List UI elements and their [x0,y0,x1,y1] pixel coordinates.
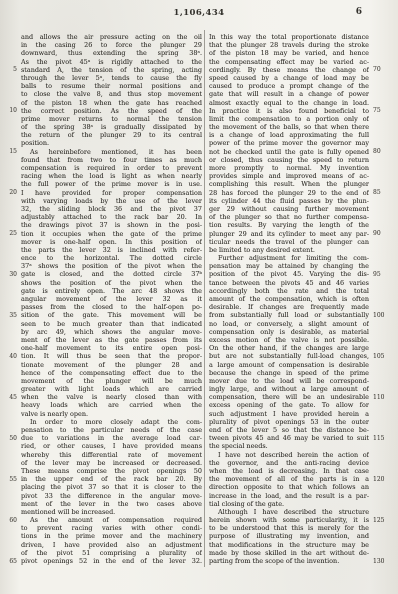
line-number: 125 [373,517,391,525]
text-line: and allows the air pressure acting on th… [21,33,202,41]
line-number: 25 [3,230,17,238]
line-number: 80 [373,148,391,156]
text-line: of the pivot 51 comprising a plurality o… [21,549,202,557]
text-line: In practice it is also found beneficial … [209,107,369,115]
text-line: limit the compensation to a portion only… [209,115,369,123]
text-line: I have not described herein the action o… [209,451,369,459]
text-line: shows the position of the pivot when the [21,279,202,287]
text-line: gate is closed, and the dotted circle 37… [21,270,202,278]
text-line: valve is nearly open. [21,410,202,418]
text-line: end of the lever 5 so that the distance … [209,426,369,434]
text-line: the drawings pivot 37 is shown in the po… [21,221,202,229]
text-line: of the lever may be increased or decreas… [21,459,202,467]
line-number: 110 [373,394,391,402]
text-line: direction opposite to that which follows… [209,483,369,491]
text-line: tance between the pivots 45 and 46 varie… [209,279,369,287]
text-line: gate that will result in a change of pow… [209,90,369,98]
line-number: 50 [3,435,17,443]
text-line: of the piston 18 when the gate has reach… [21,99,202,107]
line-number: 15 [3,148,17,156]
patent-page: { "page": { "patent_number": "1,106,434"… [0,0,398,594]
text-line: the return of the plunger 29 to its cent… [21,131,202,139]
text-line: position of the pivot 45. Varying the di… [209,270,369,278]
text-line: In this way the total proportionate dist… [209,33,369,41]
text-line: excess motion of the valve is not possib… [209,336,369,344]
line-number: 30 [3,271,17,279]
text-line: I have provided for proper compensation [21,189,202,197]
text-line: mentioned will be increased. [21,508,202,516]
text-line: no load, or conversely, a slight amount … [209,320,369,328]
text-line: the full power of the prime mover is in … [21,180,202,188]
text-line: position. [21,139,202,147]
line-number: 40 [3,353,17,361]
text-line: a large amount of compensation is desira… [209,361,369,369]
text-line: 28 has forced the plunger 29 to the end … [209,189,369,197]
text-line: sition of the gate. This movement will b… [21,311,202,319]
text-line: tion results. By varying the length of t… [209,221,369,229]
text-line: with varying loads by the use of the lev… [21,197,202,205]
page-number: 6 [356,7,362,17]
text-line: plunger 29 and its cylinder to meet any … [209,230,369,238]
text-line: excess opening of the gate. To allow for [209,401,369,409]
text-line: pivot 33 the difference in the angular m… [21,492,202,500]
line-number: 90 [373,230,391,238]
text-line: plurality of pivot openings 53 in the ou… [209,418,369,426]
text-line: complishing this result. When the plunge… [209,180,369,188]
text-line: parting from the scope of the invention. [209,557,369,565]
text-line: such adjustment I have provided herein a [209,410,369,418]
line-number: 10 [3,107,17,115]
text-line: of the piston 18 may be varied, and henc… [209,49,369,57]
text-line: As hereinbefore mentioned, it has been [21,148,202,156]
text-line: speed caused by a change of load may be [209,74,369,82]
line-number: 70 [373,66,391,74]
line-number: 55 [3,476,17,484]
text-line: made by those skilled in the art without… [209,549,369,557]
patent-number: 1,106,434 [0,8,398,18]
text-line: almost exactly equal to the change in lo… [209,99,369,107]
text-line: prime mover returns to normal the tensio… [21,115,202,123]
text-line: As the pivot 45ᵃ is rigidly attached to … [21,58,202,66]
text-line: gate is entirely open. The arc 48 shows … [21,287,202,295]
text-line: 32, the sliding block 36 and the pivot 3… [21,205,202,213]
text-line: more promptly to normal. My invention [209,164,369,172]
text-line: cordingly. By these means the change of [209,66,369,74]
text-line: pivot openings 52 in the end of the leve… [21,557,202,565]
line-number: 45 [3,394,17,402]
text-line: increase in the load, and the result is … [209,492,369,500]
text-line: heavy loads which are carried when the [21,401,202,409]
text-line: purpose of illustrating my invention, an… [209,532,369,540]
text-line: ment of the lever as the gate passes fro… [21,336,202,344]
line-number: 95 [373,271,391,279]
line-number: 60 [3,517,17,525]
text-line: that modifications in the structure may … [209,541,369,549]
text-line: ger 29 without causing further movement [209,205,369,213]
text-line: movement of the plunger will be much [21,377,202,385]
line-number: 20 [3,189,17,197]
text-line: downward, thus extending the spring 38ᵃ. [21,49,202,57]
text-line: standard A, the tension of the spring, a… [21,66,202,74]
right-text-column: In this way the total proportionate dist… [209,33,369,565]
text-line: its cylinder 44 the fluid passes by the … [209,197,369,205]
text-line: ried, or other causes, I have provided m… [21,442,202,450]
text-line: placing the pivot 37 so that it is close… [21,483,202,491]
text-line: or closed, thus causing the speed to ret… [209,156,369,164]
line-number: 120 [373,476,391,484]
text-line: mover is one-half open. In this position… [21,238,202,246]
text-line: the governor, and the anti-racing device [209,459,369,467]
text-line: to close the valve 8, and thus stop move… [21,90,202,98]
line-number: 75 [373,107,391,115]
line-number: 130 [373,558,391,566]
text-line: found that from two to four times as muc… [21,156,202,164]
line-number: 85 [373,189,391,197]
text-line: accordingly both the rate and the total [209,287,369,295]
text-line: by arc 49, which shows the angular move- [21,328,202,336]
text-line: ticular needs the travel of the plunger … [209,238,369,246]
text-line: whereby this differential rate of moveme… [21,451,202,459]
text-line: compensation only is desirable, as mater… [209,328,369,336]
line-number: 65 [3,558,17,566]
text-line: mover due to the load will be correspond… [209,377,369,385]
text-line: tions in the prime mover and the machine… [21,532,202,540]
text-line: amount of the compensation, which is oft… [209,295,369,303]
text-line: hence of the compensating effect due to … [21,369,202,377]
text-line: seen to be much greater than that indica… [21,320,202,328]
line-number: 105 [373,353,391,361]
text-line: be limited to any desired extent. [209,246,369,254]
text-line: but are not substantially full-load chan… [209,352,369,360]
text-line: These means comprise the pivot openings … [21,467,202,475]
text-line: tial closing of the gate. [209,500,369,508]
text-line: not be checked until the gate is fully o… [209,148,369,156]
text-line: the special needs. [209,442,369,450]
text-line: from substantially full load or substant… [209,311,369,319]
text-line: ment of the lever in the two cases above [21,500,202,508]
line-number: 5 [3,66,17,74]
text-line: tion it occupies when the gate of the pr… [21,230,202,238]
text-line: compensation is required in order to pre… [21,164,202,172]
text-line: the correct position. As the speed of th… [21,107,202,115]
text-line: driven, I have provided also an adjustme… [21,541,202,549]
line-number: 115 [373,435,391,443]
text-line: when the load is decreasing. In that cas… [209,467,369,475]
text-line: tion. It will thus be seen that the prop… [21,352,202,360]
line-number: 35 [3,312,17,320]
left-text-column: and allows the air pressure acting on th… [21,33,202,565]
text-line: because the change in speed of the prime [209,369,369,377]
text-line: In order to more closely adapt the com- [21,418,202,426]
text-line: through the lever 5ᵃ, tends to cause the… [21,74,202,82]
column-divider-rule [204,30,205,567]
text-line: pensation to the particular needs of the… [21,426,202,434]
text-line: the parts the lever 32 is inclined with … [21,246,202,254]
text-line: Although I have described the structure [209,508,369,516]
line-number: 100 [373,312,391,320]
text-line: power of the prime mover the governor ma… [209,139,369,147]
text-line: angular movement of the lever 32 as it [21,295,202,303]
text-line: the compensating effect may be varied ac… [209,58,369,66]
text-line: tionate movement of the plunger 28 and [21,361,202,369]
